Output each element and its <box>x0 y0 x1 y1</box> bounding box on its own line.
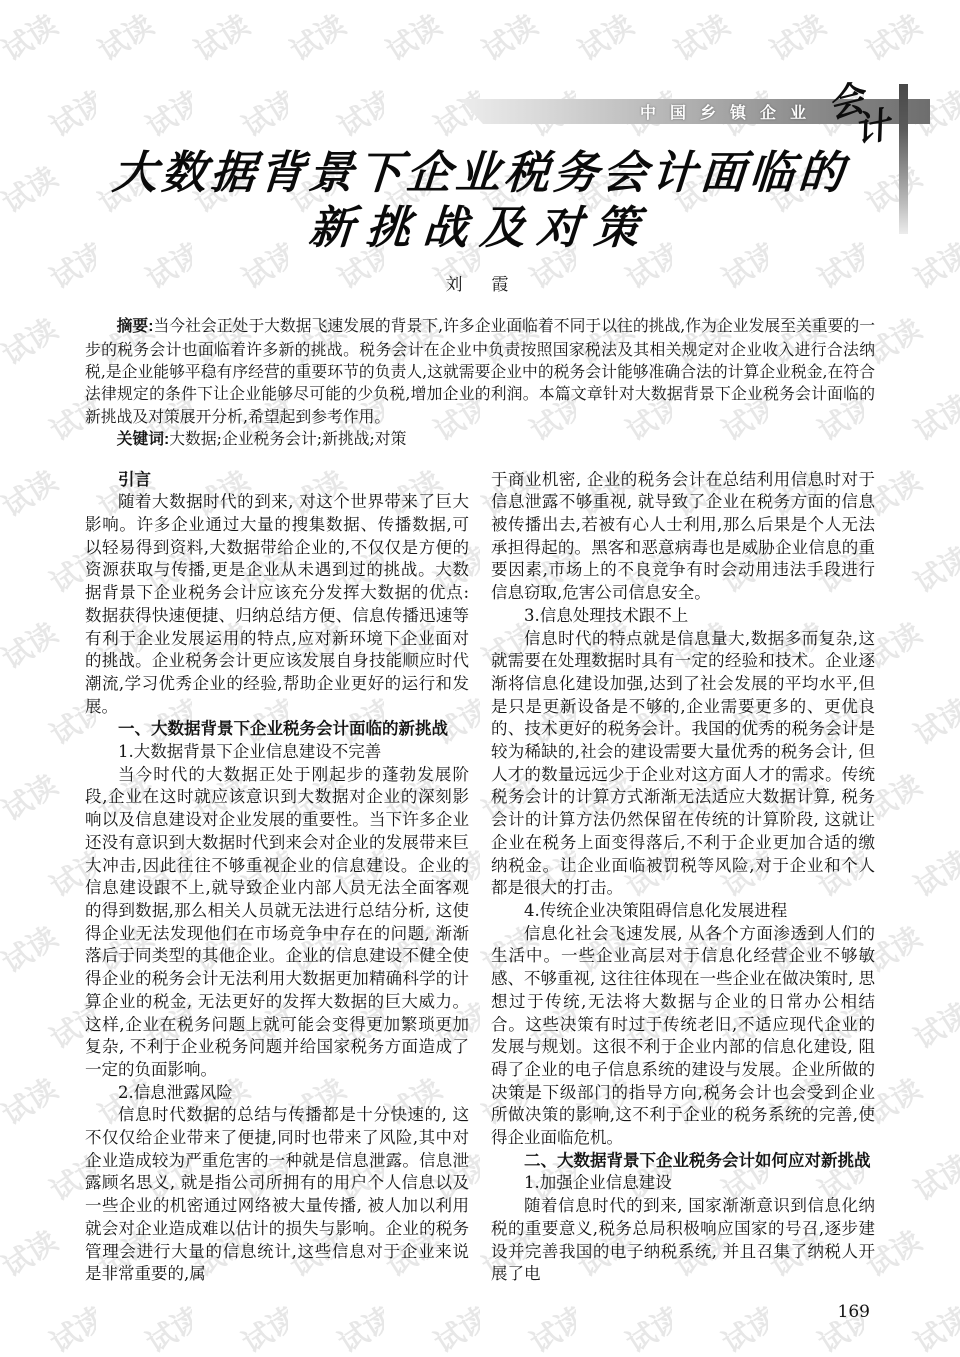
section-2-1-paragraph: 随着信息时代的到来, 国家渐渐意识到信息化纳税的重要意义,税务总局积极响应国家的… <box>491 1195 875 1286</box>
keywords-text: 大数据;企业税务会计;新挑战;对策 <box>169 429 406 448</box>
abstract-label: 摘要: <box>117 318 154 335</box>
right-column: 于商业机密, 企业的税务会计在总结利用信息时对于信息泄露不够重视, 就导致了企业… <box>491 469 875 1286</box>
section-1-4-subheading: 4.传统企业决策阻碍信息化发展进程 <box>491 900 875 923</box>
section-1-2-paragraph: 信息时代数据的总结与传播都是十分快速的, 这不仅仅给企业带来了便捷,同时也带来了… <box>85 1104 469 1286</box>
intro-paragraph: 随着大数据时代的到来, 对这个世界带来了巨大影响。许多企业通过大量的搜集数据、传… <box>85 491 469 718</box>
section-1-3-paragraph: 信息时代的特点就是信息量大,数据多而复杂,这就需要在处理数据时具有一定的经验和技… <box>491 628 875 900</box>
page: 中国乡镇企业 会 计 大数据背景下企业税务会计面临的 新挑战及对策 刘 霞 摘要… <box>0 0 960 1322</box>
abstract-block: 摘要:当今社会正处于大数据飞速发展的背景下,许多企业面临着不同于以往的挑战,作为… <box>85 315 875 451</box>
section-1-heading: 一、大数据背景下企业税务会计面临的新挑战 <box>85 718 469 741</box>
journal-cal-char-ji: 计 <box>851 107 894 150</box>
section-1-1-subheading: 1.大数据背景下企业信息建设不完善 <box>85 741 469 764</box>
body-columns: 引言 随着大数据时代的到来, 对这个世界带来了巨大影响。许多企业通过大量的搜集数… <box>85 469 875 1286</box>
keywords-label: 关键词: <box>117 431 170 448</box>
section-1-2-subheading: 2.信息泄露风险 <box>85 1082 469 1105</box>
article-title: 大数据背景下企业税务会计面临的 新挑战及对策 刘 霞 <box>0 0 960 295</box>
author-name: 刘 霞 <box>0 270 960 295</box>
page-number: 169 <box>0 1302 870 1322</box>
title-line-1: 大数据背景下企业税务会计面临的 <box>0 146 960 199</box>
section-1-4-paragraph: 信息化社会飞速发展, 从各个方面渗透到人们的生活中。一些企业高层对于信息化经营企… <box>491 923 875 1150</box>
left-column: 引言 随着大数据时代的到来, 对这个世界带来了巨大影响。许多企业通过大量的搜集数… <box>85 469 469 1286</box>
abstract-paragraph: 摘要:当今社会正处于大数据飞速发展的背景下,许多企业面临着不同于以往的挑战,作为… <box>85 315 875 428</box>
section-2-heading: 二、大数据背景下企业税务会计如何应对新挑战 <box>491 1150 875 1173</box>
section-intro-heading: 引言 <box>85 469 469 492</box>
section-1-2-paragraph-continued: 于商业机密, 企业的税务会计在总结利用信息时对于信息泄露不够重视, 就导致了企业… <box>491 469 875 605</box>
journal-name: 中国乡镇企业 <box>640 100 820 123</box>
title-line-2: 新挑战及对策 <box>0 201 960 254</box>
keywords-line: 关键词:大数据;企业税务会计;新挑战;对策 <box>85 428 875 451</box>
section-1-1-paragraph: 当今时代的大数据正处于刚起步的蓬勃发展阶段,企业在这时就应该意识到大数据对企业的… <box>85 764 469 1082</box>
section-2-1-subheading: 1.加强企业信息建设 <box>491 1172 875 1195</box>
section-1-3-subheading: 3.信息处理技术跟不上 <box>491 605 875 628</box>
header-vertical-bar <box>899 84 908 234</box>
abstract-text: 当今社会正处于大数据飞速发展的背景下,许多企业面临着不同于以往的挑战,作为企业发… <box>85 316 875 426</box>
